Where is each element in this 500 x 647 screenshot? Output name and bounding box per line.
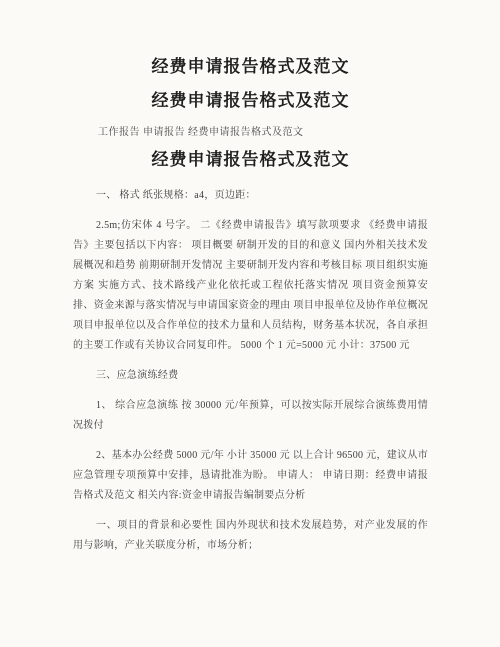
section-title: 经费申请报告格式及范文: [73, 149, 428, 171]
document-page: 经费申请报告格式及范文 经费申请报告格式及范文 工作报告 申请报告 经费申请报告…: [0, 0, 500, 647]
para-office-expense-total: 2、基本办公经费 5000 元/年 小计 35000 元 以上合计 96500 …: [73, 446, 428, 506]
para-project-background: 一、项目的背景和必要性 国内外现状和技术发展趋势，对产业发展的作用与影响，产业关…: [73, 516, 428, 556]
para-format-spec: 一、 格式 纸张规格：a4，页边距：: [73, 186, 428, 206]
category-tags-line: 工作报告 申请报告 经费申请报告格式及范文: [98, 126, 428, 139]
document-title: 经费申请报告格式及范文: [73, 56, 428, 78]
heading-emergency-drill-expense: 三、应急演练经费: [73, 366, 428, 386]
para-comprehensive-drill-budget: 1、 综合应急演练 按 30000 元/年预算，可以按实际开展综合演练费用情况拨…: [73, 396, 428, 436]
document-title-repeat: 经费申请报告格式及范文: [73, 90, 428, 112]
para-report-filling-requirements: 2.5m;仿宋体 4 号字。 二《经费申请报告》填写款项要求 《经费申请报告》主…: [73, 216, 428, 356]
